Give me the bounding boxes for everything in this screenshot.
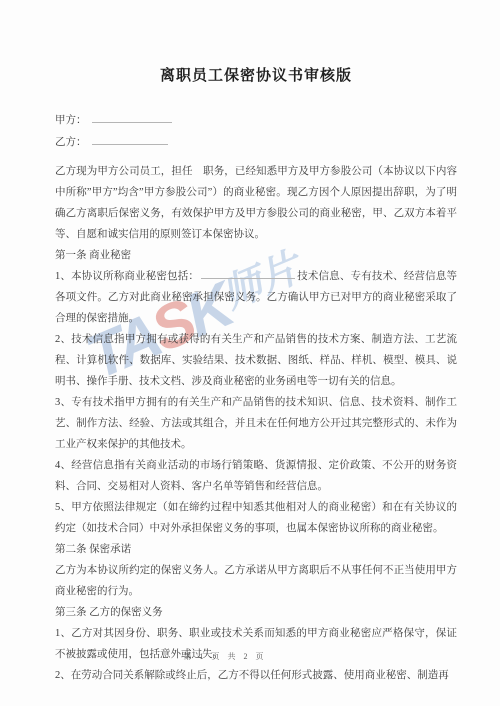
section-2-heading: 第二条 保密承诺 [55, 539, 457, 560]
section-2-body: 乙方为本协议所约定的保密义务人。乙方承诺从甲方离职后不从事任何不正当使用甲方商业… [55, 560, 457, 602]
party-a-row: 甲方： [55, 112, 457, 134]
section-1-item-2: 2、技术信息指甲方拥有或获得的有关生产和产品销售的技术方案、制造方法、工艺流程、… [55, 329, 457, 392]
section-3-heading: 第三条 乙方的保密义务 [55, 602, 457, 623]
section-1-item-1-pre: 1、本协议所称商业秘密包括： [55, 271, 199, 282]
page-title: 离职员工保密协议书审核版 [55, 64, 457, 85]
section-1-item-3: 3、专有技术指甲方拥有的有关生产和产品销售的技术知识、信息、技术资料、制作工艺、… [55, 392, 457, 455]
party-a-blank-line [92, 113, 172, 123]
document-body: 乙方现为甲方公司员工，担任 职务，已经知悉甲方及甲方参股公司（本协议以下内容中所… [55, 161, 457, 686]
party-b-blank-line [92, 135, 168, 145]
section-1-item-4: 4、经营信息指有关商业活动的市场行销策略、货源情报、定价政策、不公开的财务资料、… [55, 455, 457, 497]
page-number-footer: 第 1 页 共 2 页 [55, 651, 395, 662]
party-b-label: 乙方： [55, 137, 87, 148]
section-1-item-5: 5、甲方依照法律规定（如在缔约过程中知悉其他相对人的商业秘密）和在有关协议的约定… [55, 497, 457, 539]
party-a-label: 甲方： [55, 115, 87, 126]
inline-blank-line [201, 269, 295, 279]
party-fields: 甲方： 乙方： [55, 112, 457, 156]
intro-paragraph: 乙方现为甲方公司员工，担任 职务，已经知悉甲方及甲方参股公司（本协议以下内容中所… [55, 161, 457, 245]
document-page: TASK师片 离职员工保密协议书审核版 甲方： 乙方： 乙方现为甲方公司员工，担… [0, 0, 500, 706]
document-content: 离职员工保密协议书审核版 甲方： 乙方： 乙方现为甲方公司员工，担任 职务，已经… [55, 0, 457, 686]
section-1-heading: 第一条 商业秘密 [55, 245, 457, 266]
party-b-row: 乙方： [55, 134, 457, 156]
section-1-item-1: 1、本协议所称商业秘密包括：技术信息、专有技术、经营信息等各项文件。乙方对此商业… [55, 266, 457, 329]
section-3-item-2: 2、在劳动合同关系解除或终止后，乙方不得以任何形式披露、使用商业秘密、制造再 [55, 665, 457, 686]
